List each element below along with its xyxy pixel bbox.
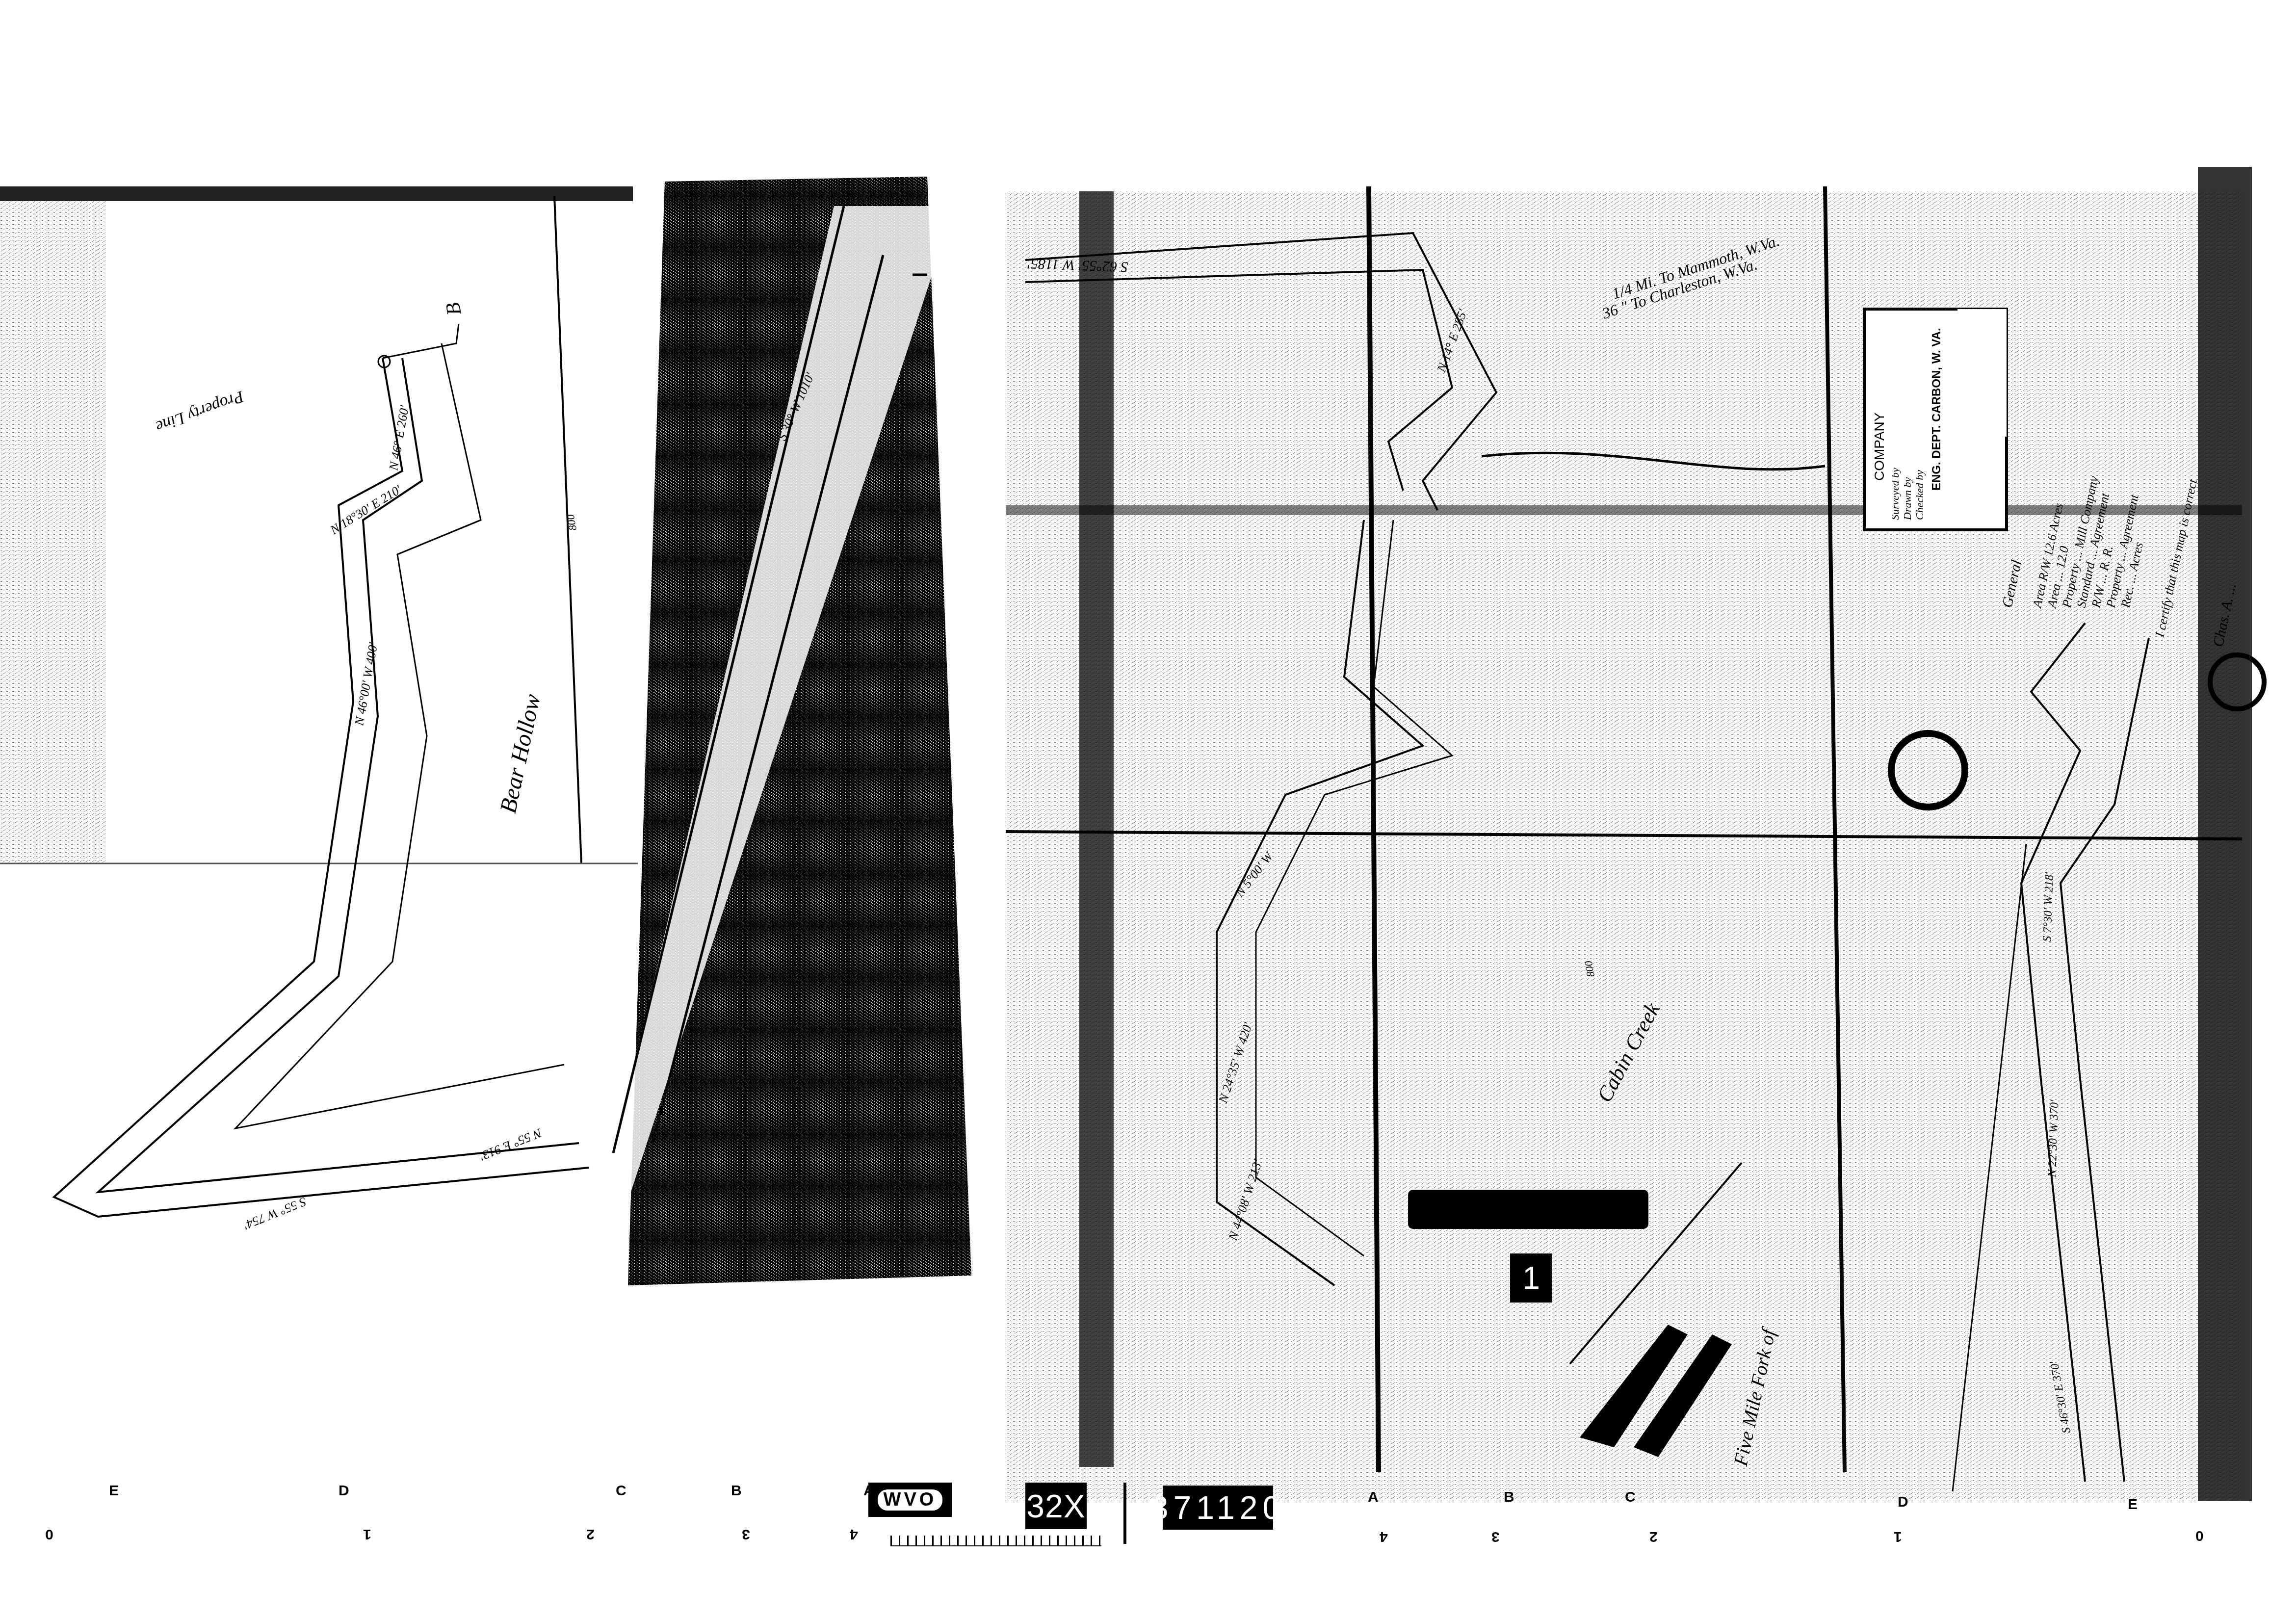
scale-letter: D <box>1898 1494 1908 1511</box>
frame-marker: 1 <box>1510 1253 1552 1303</box>
reel-number-text: 371120 <box>1150 1489 1285 1526</box>
title-department: ENG. DEPT. CARBON, W. VA. <box>1930 328 1943 491</box>
bearing-label: S 7°30' W 218' <box>2041 872 2056 942</box>
scale-letter: C <box>616 1483 626 1499</box>
scale-letter: B <box>731 1483 742 1499</box>
microfilm-reel-number: 371120 <box>1163 1486 1273 1530</box>
film-ruler-baseline <box>890 1545 1101 1546</box>
scale-letter: B <box>1504 1489 1514 1506</box>
scale-number: 2 <box>1649 1528 1658 1545</box>
middle-sheet <box>589 177 971 1285</box>
scale-number: 3 <box>1491 1528 1500 1545</box>
scale-number: 3 <box>742 1526 750 1542</box>
scale-letter: A <box>863 1483 874 1499</box>
scale-letter: E <box>2128 1496 2138 1513</box>
film-divider <box>1123 1483 1126 1544</box>
scale-number: 4 <box>850 1526 858 1542</box>
scale-number: 0 <box>2195 1528 2204 1545</box>
bearing-label: N 22°30' W 370' <box>2046 1099 2061 1178</box>
film-ruler <box>890 1536 1101 1546</box>
project-tag-label: WVO <box>868 1483 952 1517</box>
title-line: Surveyed by <box>1889 468 1901 520</box>
reduction-text: 32X <box>1026 1487 1085 1525</box>
scale-letter: D <box>339 1483 349 1499</box>
title-line: Drawn by <box>1901 477 1913 521</box>
scale-letter: C <box>1625 1489 1636 1506</box>
scale-number: 0 <box>45 1526 53 1542</box>
scale-letter: E <box>109 1483 119 1499</box>
right-sheet <box>1006 167 2264 1501</box>
title-company: COMPANY <box>1872 412 1887 481</box>
scale-number: 2 <box>586 1526 595 1542</box>
scale-number: 1 <box>363 1526 371 1542</box>
scale-number: 4 <box>1380 1528 1388 1545</box>
project-tag-text: WVO <box>878 1489 943 1511</box>
survey-map-canvas: Bear Hollow Cabin Creek Five Mile Fork o… <box>0 0 2296 1617</box>
left-sheet <box>0 186 638 1315</box>
scale-number: 1 <box>1894 1528 1902 1545</box>
reduction-label: 32X <box>1025 1483 1087 1529</box>
scale-letter: A <box>1368 1489 1379 1506</box>
title-line: Checked by <box>1913 470 1926 520</box>
frame-marker-text: 1 <box>1522 1260 1540 1296</box>
